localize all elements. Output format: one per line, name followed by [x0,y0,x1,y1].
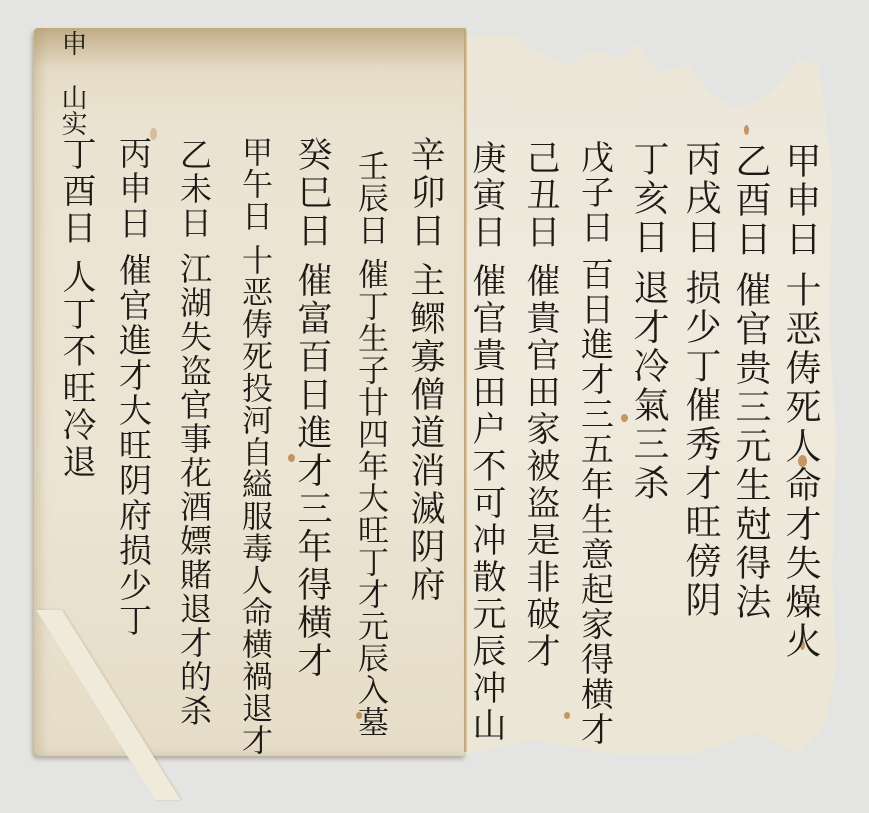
entry-text: 十恶俦死人命才失燥火 [780,271,821,661]
entry-column: 丙申日催官進才大旺阴府损少丁 [114,136,152,638]
entry-column: 丁酉日人丁不旺冷退 [56,136,96,481]
entry-text: 损少丁催秀才旺傍阴 [680,269,721,620]
entry-text: 催官贵三元生尅得法 [730,271,771,622]
entry-column: 甲午日十恶俦死投河自縊服毒人命横禍退才 [236,136,272,756]
entry-column: 乙酉日催官贵三元生尅得法 [730,142,770,622]
entry-text: 十恶俦死投河自縊服毒人命横禍退才 [236,244,272,756]
entry-date: 癸巳日 [292,136,332,250]
entry-column: 乙未日江湖失盗官事花酒嫖賭退才的杀 [176,138,212,728]
entry-date: 壬辰日 [352,150,388,246]
entry-date: 己丑日 [520,140,560,251]
entry-date: 乙酉日 [730,142,771,259]
entry-text: 催貴官田家被盗是非破才 [520,263,560,670]
entry-text: 退才冷氣三杀 [628,269,669,503]
entry-date: 丙戌日 [680,140,721,257]
entry-column: 癸巳日催富百日進才三年得横才 [292,136,332,680]
entry-column: 甲申日十恶俦死人命才失燥火 [780,142,820,661]
entry-column: 己丑日催貴官田家被盗是非破才 [520,140,560,670]
entry-column: 丙戌日损少丁催秀才旺傍阴 [680,140,720,620]
entry-column: 壬辰日催丁生子廿四年大旺丁才元辰入墓 [352,150,388,738]
foxing-stain [744,125,749,135]
entry-date: 丁亥日 [628,140,669,257]
entry-column: 戊子日百日進才三五年生意起家得横才 [576,140,614,747]
corner-note-line-2: 山实 [57,84,87,136]
entry-date: 甲午日 [236,136,272,232]
entry-text: 百日進才三五年生意起家得横才 [576,257,615,747]
corner-annotation: 申 山实 [60,30,84,136]
entry-date: 乙未日 [175,138,213,240]
foxing-stain [564,712,570,719]
entry-column: 丁亥日退才冷氣三杀 [628,140,668,503]
foxing-stain [621,414,628,422]
entry-text: 催富百日進才三年得横才 [292,262,332,680]
entry-date: 丁酉日 [56,136,96,247]
entry-text: 人丁不旺冷退 [56,259,96,481]
entry-column: 庚寅日催官貴田户不可冲散元辰冲山 [466,140,506,744]
entry-text: 催丁生子廿四年大旺丁才元辰入墓 [352,258,388,738]
entry-text: 催官進才大旺阴府损少丁 [114,253,153,638]
entry-date: 戊子日 [576,140,615,245]
corner-note-line-1: 申 [57,30,87,56]
entry-date: 辛卯日 [405,136,445,250]
manuscript-spread: 申 山实 甲申日十恶俦死人命才失燥火 乙酉日催官贵三元生尅得法 丙戌日损少丁催秀… [0,0,869,813]
entry-date: 丙申日 [114,136,153,241]
entry-date: 甲申日 [780,142,821,259]
entry-text: 催官貴田户不可冲散元辰冲山 [466,263,506,744]
entry-date: 庚寅日 [466,140,506,251]
entry-text: 主鳏寡僧道消滅阴府 [405,262,445,604]
entry-text: 江湖失盗官事花酒嫖賭退才的杀 [175,252,213,728]
entry-column: 辛卯日主鳏寡僧道消滅阴府 [405,136,445,604]
